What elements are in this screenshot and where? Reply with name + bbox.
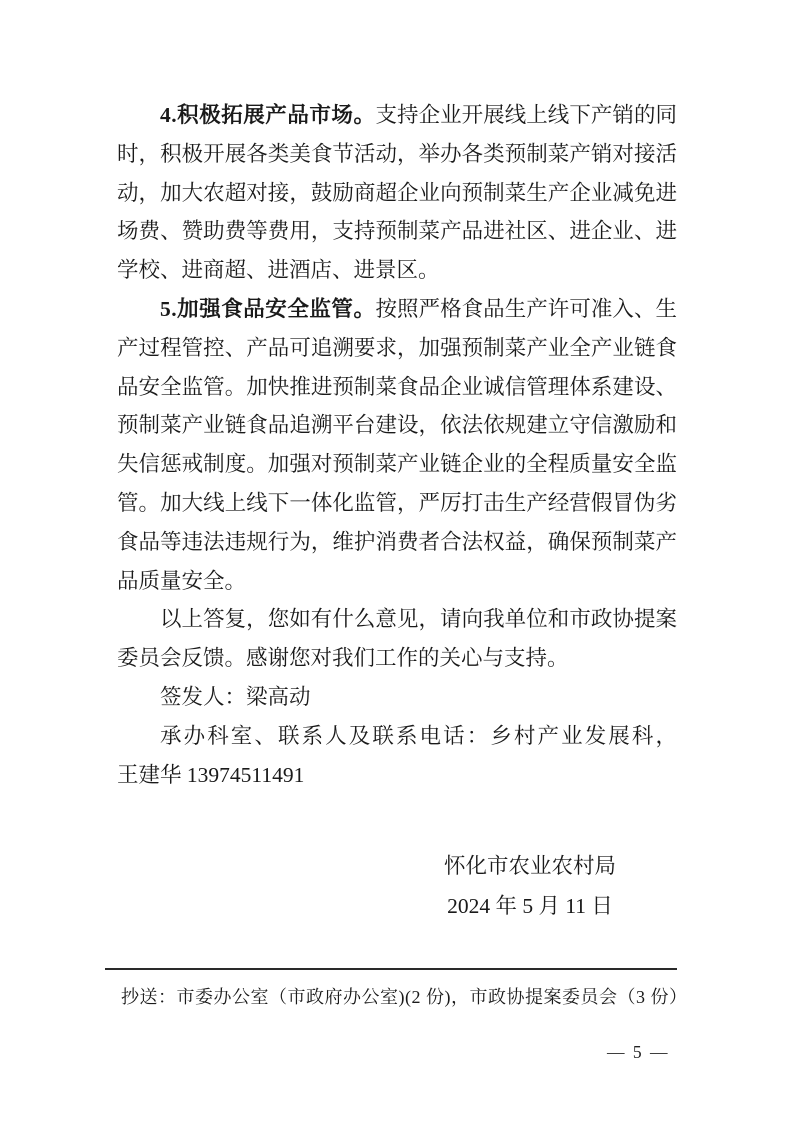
page-number: — 5 — [607, 1042, 670, 1063]
body-paragraph: 5.加强食品安全监管。按照严格食品生产许可准入、生产过程管控、产品可追溯要求，加… [117, 290, 677, 600]
signature-block: 怀化市农业农村局 2024 年 5 月 11 日 [380, 846, 680, 926]
paragraph-text: 按照严格食品生产许可准入、生产过程管控、产品可追溯要求，加强预制菜产业全产业链食… [117, 297, 677, 593]
issuing-org: 怀化市农业农村局 [380, 846, 680, 886]
footer-divider [105, 968, 677, 970]
body-paragraph: 以上答复，您如有什么意见，请向我单位和市政协提案委员会反馈。感谢您对我们工作的关… [117, 600, 677, 678]
paragraph-text: 支持企业开展线上线下产销的同时，积极开展各类美食节活动，举办各类预制菜产销对接活… [117, 103, 677, 282]
paragraph-lead: 5.加强食品安全监管。 [160, 297, 376, 321]
signer-line: 签发人：梁高动 [117, 678, 677, 717]
cc-line: 抄送：市委办公室（市政府办公室)(2 份)，市政协提案委员会（3 份） [121, 984, 691, 1010]
paragraph-text: 以上答复，您如有什么意见，请向我单位和市政协提案委员会反馈。感谢您对我们工作的关… [117, 607, 677, 670]
contact-phone: 王建华 13974511491 [117, 763, 304, 787]
document-page: 4.积极拓展产品市场。支持企业开展线上线下产销的同时，积极开展各类美食节活动，举… [0, 0, 793, 1122]
issue-date: 2024 年 5 月 11 日 [380, 886, 680, 926]
document-body: 4.积极拓展产品市场。支持企业开展线上线下产销的同时，积极开展各类美食节活动，举… [117, 96, 677, 794]
signer-text: 签发人：梁高动 [160, 685, 311, 709]
paragraph-lead: 4.积极拓展产品市场。 [160, 103, 376, 127]
contact-text: 承办科室、联系人及联系电话：乡村产业发展科， [160, 724, 677, 748]
body-paragraph: 4.积极拓展产品市场。支持企业开展线上线下产销的同时，积极开展各类美食节活动，举… [117, 96, 677, 290]
contact-line: 承办科室、联系人及联系电话：乡村产业发展科，王建华 13974511491 [117, 717, 677, 795]
